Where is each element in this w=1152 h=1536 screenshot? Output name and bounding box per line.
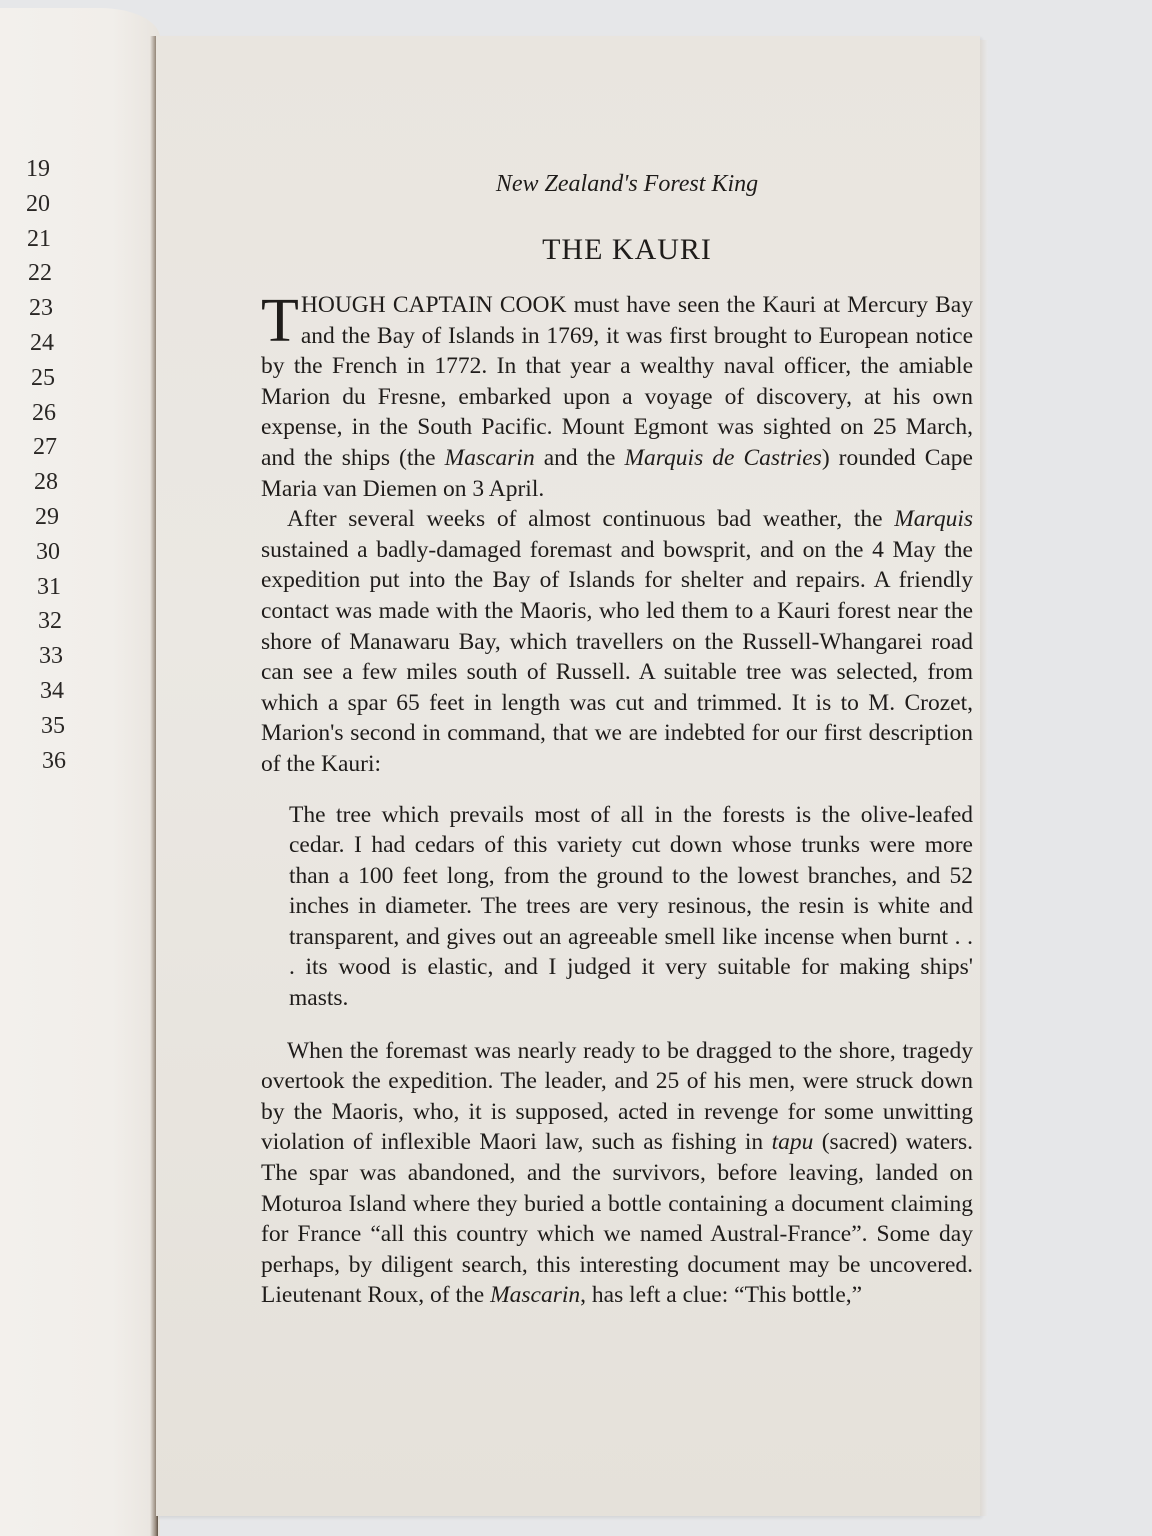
line-number: 27 xyxy=(33,430,86,465)
line-number: 29 xyxy=(35,500,86,535)
text-run: After several weeks of almost continuous… xyxy=(287,506,894,532)
line-number: 35 xyxy=(41,709,86,744)
page-content: New Zealand's Forest King THE KAURI THOU… xyxy=(261,164,973,1311)
text-run: , has left a clue: “This bottle,” xyxy=(580,1282,862,1308)
line-number: 20 xyxy=(26,187,86,222)
chapter-subtitle: New Zealand's Forest King xyxy=(261,164,973,204)
paragraph-2: After several weeks of almost continuous… xyxy=(261,504,973,779)
line-number: 30 xyxy=(36,535,86,570)
ship-name: Marquis xyxy=(894,506,973,532)
line-number: 33 xyxy=(39,639,86,674)
line-number: 23 xyxy=(29,291,86,326)
drop-cap: T xyxy=(261,294,299,346)
line-number: 32 xyxy=(38,604,86,639)
ship-name: Mascarin xyxy=(490,1282,580,1308)
line-number: 25 xyxy=(31,361,86,396)
chapter-title: THE KAURI xyxy=(261,230,973,270)
line-number: 31 xyxy=(37,570,86,605)
small-caps-lead: HOUGH CAPTAIN COOK xyxy=(301,292,567,318)
ship-name: Mascarin xyxy=(445,445,535,471)
line-number: 34 xyxy=(40,674,86,709)
ship-name: Marquis de Castries xyxy=(624,445,821,471)
line-number: 26 xyxy=(32,396,86,431)
line-number: 28 xyxy=(34,465,86,500)
paragraph-3: When the foremast was nearly ready to be… xyxy=(261,1036,973,1311)
line-number: 21 xyxy=(27,222,86,257)
paragraph-1: THOUGH CAPTAIN COOK must have seen the K… xyxy=(261,290,973,504)
line-number: 22 xyxy=(28,256,86,291)
text-run: and the xyxy=(535,445,625,471)
line-number-column: 19 20 21 22 23 24 25 26 27 28 29 30 31 3… xyxy=(26,152,86,778)
page-edge xyxy=(980,40,988,1516)
italic-term: tapu xyxy=(772,1129,814,1155)
line-number: 24 xyxy=(30,326,86,361)
line-number: 36 xyxy=(42,744,86,779)
left-page: 19 20 21 22 23 24 25 26 27 28 29 30 31 3… xyxy=(0,8,160,1536)
line-number: 19 xyxy=(26,152,86,187)
text-run: sustained a badly-damaged foremast and b… xyxy=(261,537,973,777)
block-quote: The tree which prevails most of all in t… xyxy=(289,800,973,1014)
